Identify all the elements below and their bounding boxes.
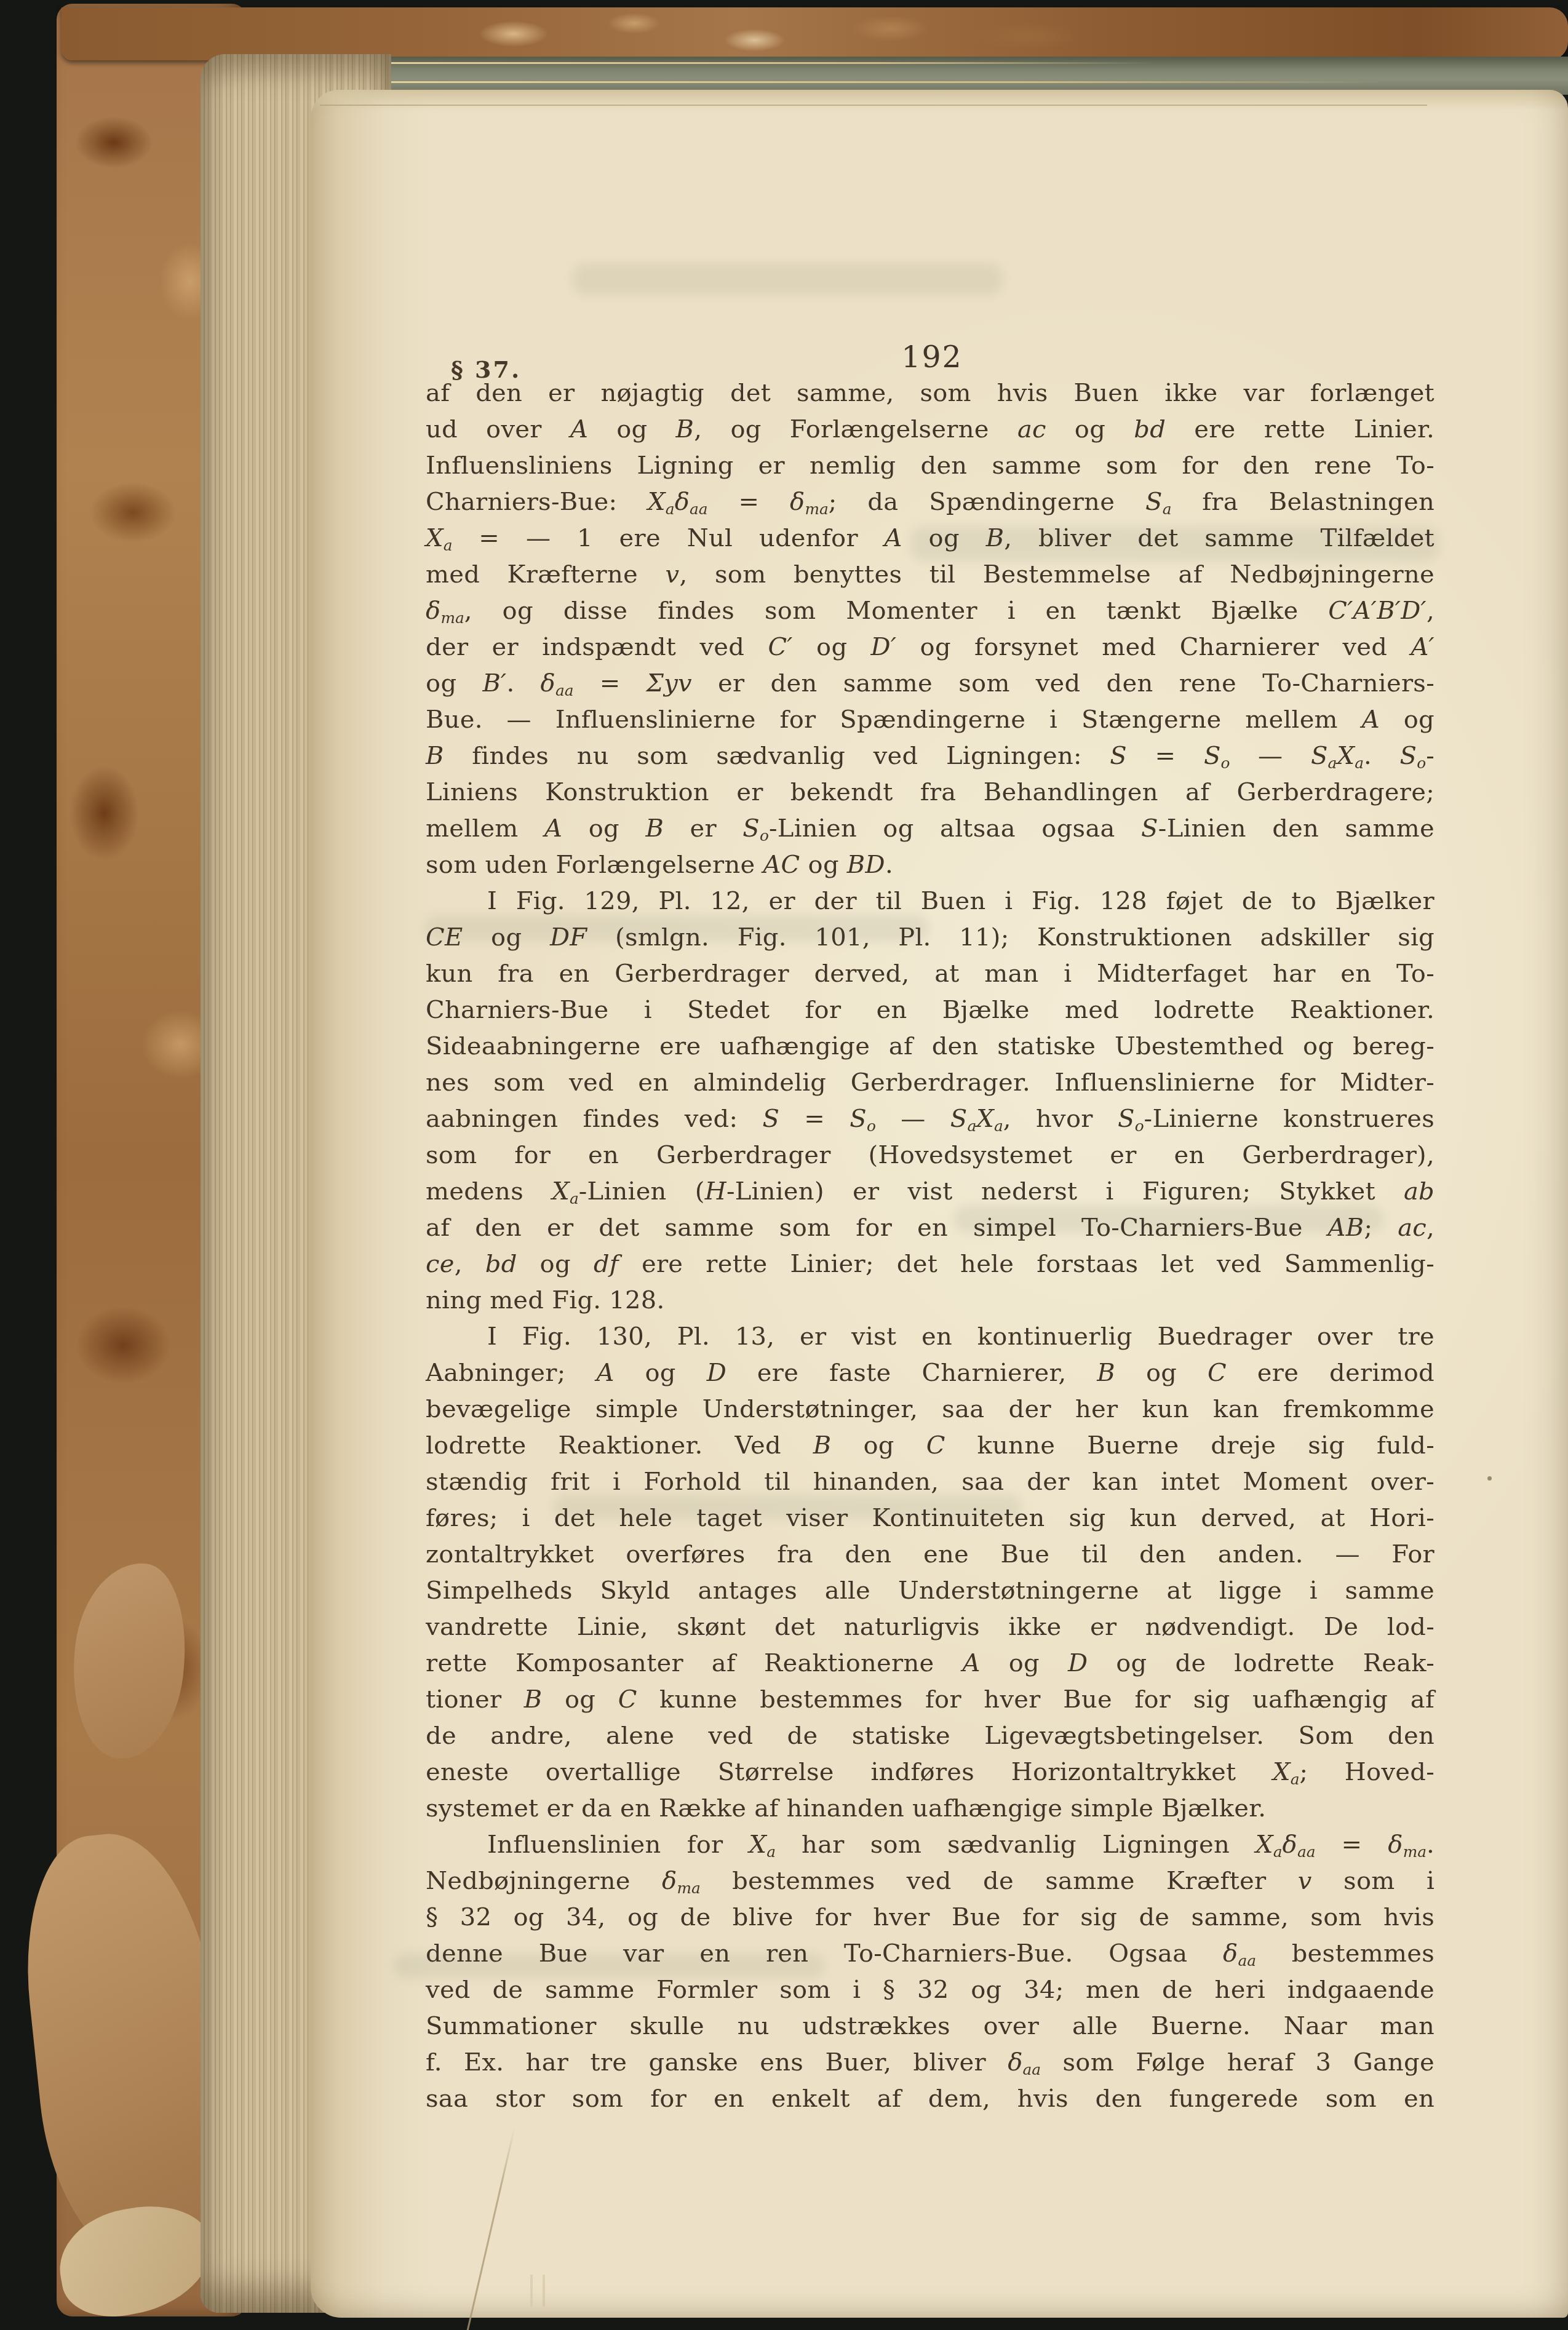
text-line: δma, og disse findes som Momenter i en t… xyxy=(426,593,1435,629)
text-line: Liniens Konstruktion er bekendt fra Beha… xyxy=(426,774,1435,811)
text-line: som uden Forlængelserne AC og BD. xyxy=(426,847,1435,883)
text-line: der er indspændt ved C′ og D′ og forsyne… xyxy=(426,629,1435,666)
text-line: ce, bd og df ere rette Linier; det hele … xyxy=(426,1246,1435,1282)
text-line: zontaltrykket overføres fra den ene Bue … xyxy=(426,1537,1435,1573)
text-line: medens Xa-Linien (H-Linien) er vist nede… xyxy=(426,1174,1435,1210)
text-line: ning med Fig. 128. xyxy=(426,1282,1435,1319)
text-line: bevægelige simple Understøtninger, saa d… xyxy=(426,1391,1435,1428)
text-line: tioner B og C kunne bestemmes for hver B… xyxy=(426,1682,1435,1718)
text-line: stændig frit i Forhold til hinanden, saa… xyxy=(426,1464,1435,1500)
text-line: Summationer skulle nu udstrækkes over al… xyxy=(426,2008,1435,2045)
text-line: kun fra en Gerberdrager derved, at man i… xyxy=(426,956,1435,992)
text-line: Influenslinien for Xa har som sædvanlig … xyxy=(487,1827,1435,1863)
text-line: lodrette Reaktioner. Ved B og C kunne Bu… xyxy=(426,1428,1435,1464)
text-line: f. Ex. har tre ganske ens Buer, bliver δ… xyxy=(426,2045,1435,2081)
text-line: rette Komposanter af Reaktionerne A og D… xyxy=(426,1645,1435,1682)
text-line: Simpelheds Skyld antages alle Understøtn… xyxy=(426,1573,1435,1609)
text-line: Aabninger; A og D ere faste Charnierer, … xyxy=(426,1355,1435,1391)
text-line: Bue. — Influenslinierne for Spændingerne… xyxy=(426,702,1435,738)
text-line: I Fig. 129, Pl. 12, er der til Buen i Fi… xyxy=(487,883,1435,920)
text-line: af den er det samme som for en simpel To… xyxy=(426,1210,1435,1246)
text-line: føres; i det hele taget viser Kontinuite… xyxy=(426,1500,1435,1537)
text-line: aabningen findes ved: S = So — SaXa, hvo… xyxy=(426,1101,1435,1137)
text-line: eneste overtallige Størrelse indføres Ho… xyxy=(426,1754,1435,1791)
text-line: Influensliniens Ligning er nemlig den sa… xyxy=(426,448,1435,484)
text-line: I Fig. 130, Pl. 13, er vist en kontinuer… xyxy=(487,1319,1435,1355)
text-line: Sideaabningerne ere uafhængige af den st… xyxy=(426,1028,1435,1065)
text-line: ved de samme Formler som i § 32 og 34; m… xyxy=(426,1972,1435,2008)
text-line: saa stor som for en enkelt af dem, hvis … xyxy=(426,2081,1435,2117)
text-line: CE og DF (smlgn. Fig. 101, Pl. 11); Kons… xyxy=(426,920,1435,956)
printed-content: § 37. 192 af den er nøjagtig det samme, … xyxy=(0,0,1568,2330)
text-line: vandrette Linie, skønt det naturligvis i… xyxy=(426,1609,1435,1645)
text-line: mellem A og B er So-Linien og altsaa ogs… xyxy=(426,811,1435,847)
text-line: Xa = — 1 ere Nul udenfor A og B, bliver … xyxy=(426,520,1435,557)
text-line: af den er nøjagtig det samme, som hvis B… xyxy=(426,375,1435,412)
text-line: de andre, alene ved de statiske Ligevægt… xyxy=(426,1718,1435,1754)
scanned-book-page: § 37. 192 af den er nøjagtig det samme, … xyxy=(0,0,1568,2330)
text-line: og B′. δaa = Σyv er den samme som ved de… xyxy=(426,666,1435,702)
page-number: 192 xyxy=(883,340,981,375)
text-line: Charniers-Bue i Stedet for en Bjælke med… xyxy=(426,992,1435,1028)
ink-speck xyxy=(1487,1476,1492,1481)
body-text: af den er nøjagtig det samme, som hvis B… xyxy=(426,375,1435,2117)
text-line: med Kræfterne v, som benyttes til Bestem… xyxy=(426,557,1435,593)
text-line: ud over A og B, og Forlængelserne ac og … xyxy=(426,412,1435,448)
text-line: som for en Gerberdrager (Hovedsystemet e… xyxy=(426,1137,1435,1174)
text-line: § 32 og 34, og de blive for hver Bue for… xyxy=(426,1899,1435,1936)
text-line: B findes nu som sædvanlig ved Ligningen:… xyxy=(426,738,1435,774)
text-line: Charniers-Bue: Xaδaa = δma; da Spændinge… xyxy=(426,484,1435,520)
text-line: nes som ved en almindelig Gerberdrager. … xyxy=(426,1065,1435,1101)
text-line: denne Bue var en ren To-Charniers-Bue. O… xyxy=(426,1936,1435,1972)
text-line: systemet er da en Række af hinanden uafh… xyxy=(426,1791,1435,1827)
text-line: Nedbøjningerne δma bestemmes ved de samm… xyxy=(426,1863,1435,1899)
faint-emboss-mark xyxy=(530,2275,545,2307)
